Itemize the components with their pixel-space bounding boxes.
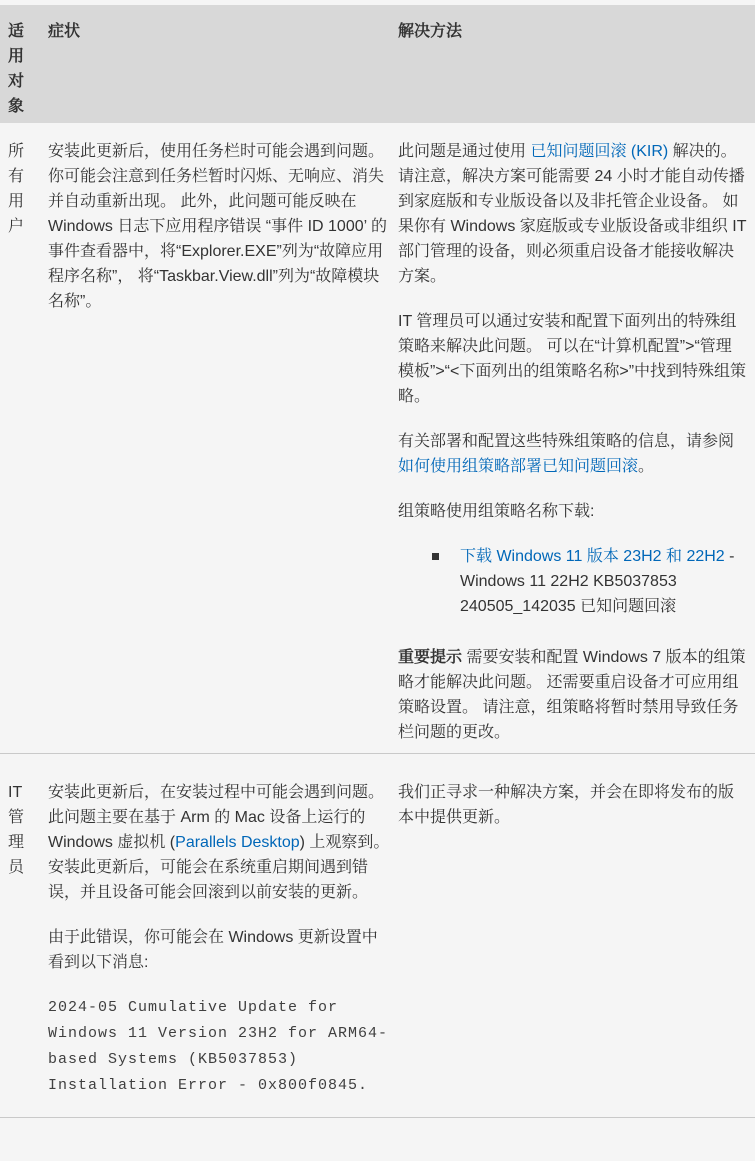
text-segment: 解决的。 请注意，解决方案可能需要 24 小时才能自动传播到家庭版和专业版设备以… — [398, 143, 746, 285]
column-header-applies-to: 适用对象 — [8, 19, 48, 119]
workaround-paragraph: 我们正寻求一种解决方案，并会在即将发布的版本中提供更新。 — [398, 780, 747, 830]
important-note-label: 重要提示 — [398, 649, 462, 666]
important-note: 重要提示 需要安装和配置 Windows 7 版本的组策略才能解决此问题。 还需… — [398, 645, 747, 745]
applies-to-cell: IT 管理员 — [8, 780, 48, 1099]
symptom-cell: 安装此更新后，在安装过程中可能会遇到问题。 此问题主要在基于 Arm 的 Mac… — [48, 780, 390, 1099]
text-segment: 此问题是通过使用 — [398, 143, 530, 160]
download-list-item-text: 下载 Windows 11 版本 23H2 和 22H2 - Windows 1… — [460, 544, 747, 619]
parallels-desktop-link[interactable]: Parallels Desktop — [175, 834, 300, 851]
symptom-paragraph-vm: 安装此更新后，在安装过程中可能会遇到问题。 此问题主要在基于 Arm 的 Mac… — [48, 780, 390, 905]
symptom-paragraph: 安装此更新后，使用任务栏时可能会遇到问题。 你可能会注意到任务栏暂时闪烁、无响应… — [48, 139, 390, 314]
group-policy-kir-link[interactable]: 如何使用组策略部署已知问题回滚 — [398, 458, 638, 475]
text-segment: 有关部署和配置这些特殊组策略的信息，请参阅 — [398, 433, 734, 450]
kir-link[interactable]: 已知问题回滚 (KIR) — [530, 143, 668, 160]
table-header-row: 适用对象 症状 解决方法 — [0, 5, 755, 123]
error-message-code: 2024-05 Cumulative Update for Windows 11… — [48, 995, 390, 1099]
applies-to-cell: 所有用户 — [8, 139, 48, 745]
column-header-symptom: 症状 — [48, 19, 390, 119]
workaround-paragraph-kir: 此问题是通过使用 已知问题回滚 (KIR) 解决的。 请注意，解决方案可能需要 … — [398, 139, 747, 289]
workaround-paragraph-deploy-info: 有关部署和配置这些特殊组策略的信息，请参阅 如何使用组策略部署已知问题回滚。 — [398, 429, 747, 479]
workaround-cell: 我们正寻求一种解决方案，并会在即将发布的版本中提供更新。 — [390, 780, 747, 1099]
table-row-all-users: 所有用户 安装此更新后，使用任务栏时可能会遇到问题。 你可能会注意到任务栏暂时闪… — [0, 123, 755, 753]
download-kb-link[interactable]: 下载 Windows 11 版本 23H2 和 22H2 — [460, 548, 725, 565]
text-segment: 。 — [638, 458, 654, 475]
square-bullet-icon — [432, 553, 439, 560]
symptom-cell: 安装此更新后，使用任务栏时可能会遇到问题。 你可能会注意到任务栏暂时闪烁、无响应… — [48, 139, 390, 745]
workaround-paragraph-it-admin: IT 管理员可以通过安装和配置下面列出的特殊组策略来解决此问题。 可以在“计算机… — [398, 309, 747, 409]
workaround-paragraph-download-intro: 组策略使用组策略名称下载: — [398, 499, 747, 524]
workaround-cell: 此问题是通过使用 已知问题回滚 (KIR) 解决的。 请注意，解决方案可能需要 … — [390, 139, 747, 745]
symptom-paragraph-message-intro: 由于此错误，你可能会在 Windows 更新设置中看到以下消息: — [48, 925, 390, 975]
known-issues-table: 适用对象 症状 解决方法 所有用户 安装此更新后，使用任务栏时可能会遇到问题。 … — [0, 0, 755, 1124]
column-header-workaround: 解决方法 — [390, 19, 747, 119]
table-row-it-admins: IT 管理员 安装此更新后，在安装过程中可能会遇到问题。 此问题主要在基于 Ar… — [0, 753, 755, 1118]
download-list-item: 下载 Windows 11 版本 23H2 和 22H2 - Windows 1… — [432, 544, 747, 619]
